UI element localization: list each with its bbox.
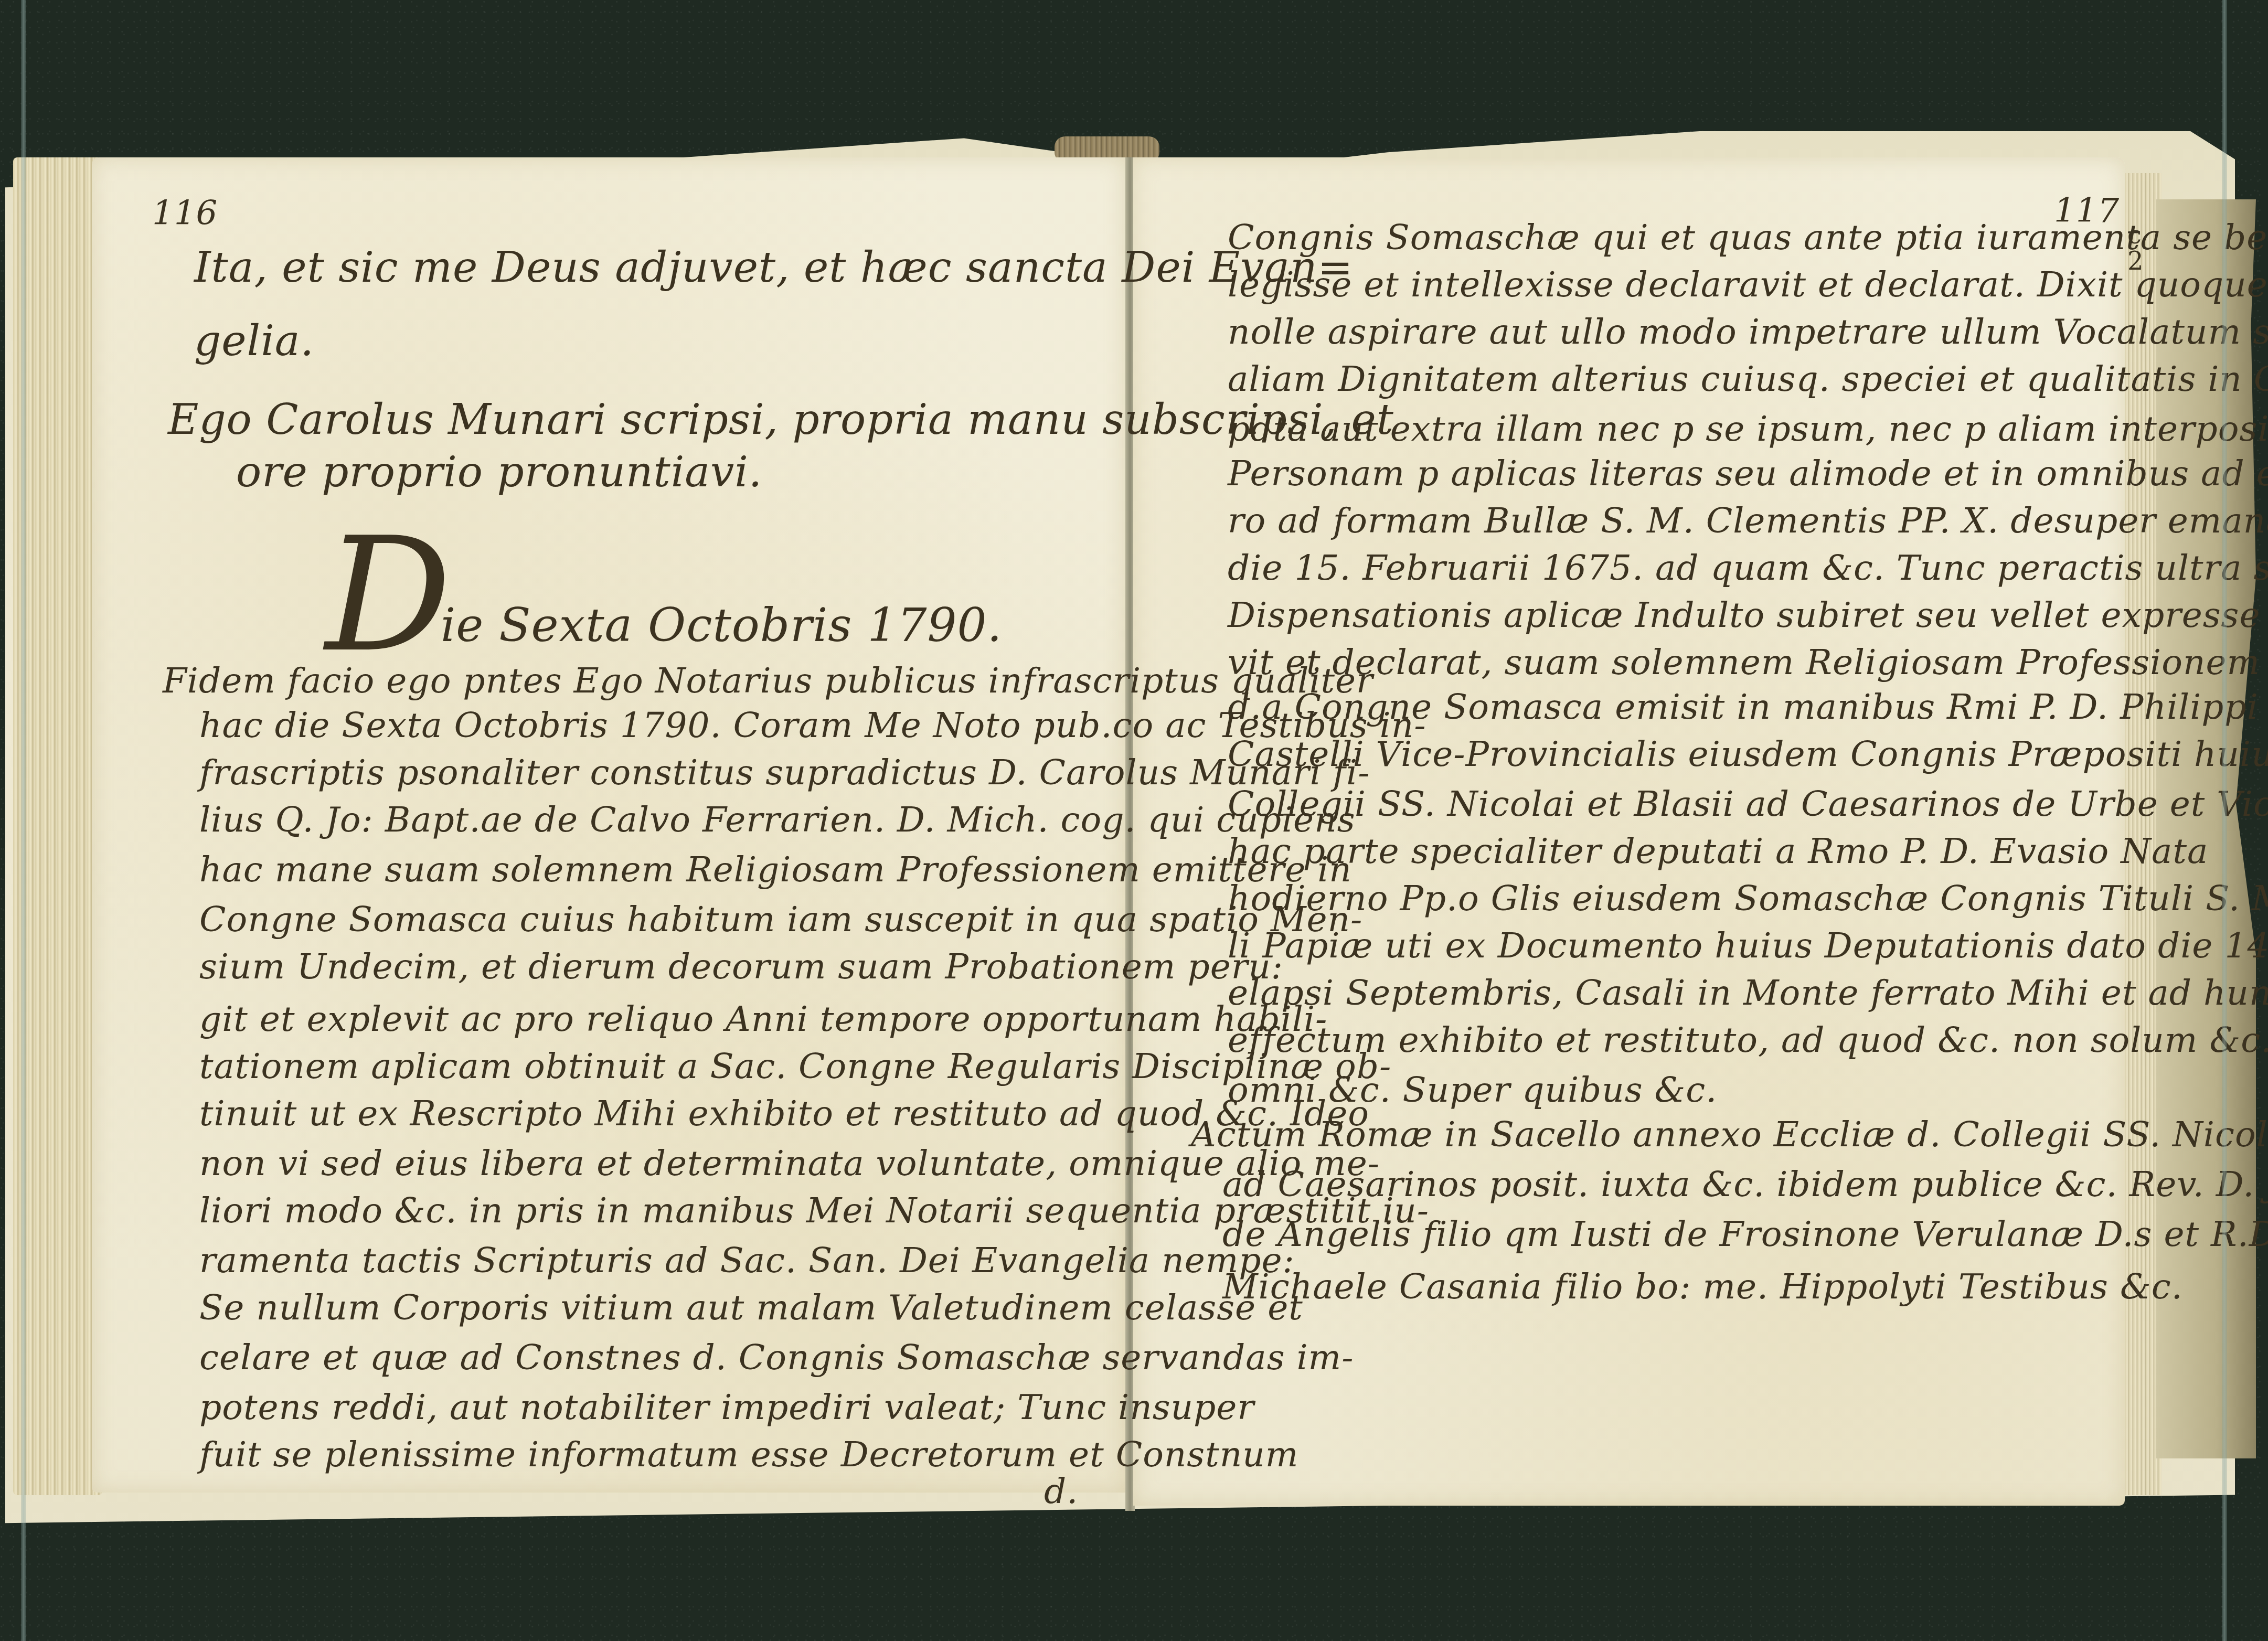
oath-closing-line-2: gelia. <box>194 320 314 362</box>
body-line: Dispensationis aplicæ Indulto subiret se… <box>1228 598 2268 633</box>
attestation-line: de Angelis filio qm Iusti de Frosinone V… <box>1222 1217 2268 1252</box>
date-heading-drop-cap: D <box>325 504 452 687</box>
oath-closing-line-1: Ita, et sic me Deus adjuvet, et hæc sanc… <box>194 247 1354 289</box>
body-line: hodierno Pp.o Glis eiusdem Somaschæ Cong… <box>1228 881 2268 916</box>
body-line: elapsi Septembris, Casali in Monte ferra… <box>1228 976 2268 1010</box>
body-line: die 15. Februarii 1675. ad quam &c. Tunc… <box>1228 551 2268 585</box>
body-line: Collegii SS. Nicolai et Blasii ad Caesar… <box>1228 787 2268 822</box>
body-line: nolle aspirare aut ullo modo impetrare u… <box>1228 315 2268 349</box>
body-line: d.a Congne Somasca emisit in manibus Rmi… <box>1228 690 2259 724</box>
body-line: Congne Somasca cuius habitum iam suscepi… <box>199 902 1362 937</box>
body-line: tationem aplicam obtinuit a Sac. Congne … <box>199 1049 1391 1084</box>
left-page-number: 116 <box>152 194 218 233</box>
body-line: d. <box>1044 1474 1078 1509</box>
body-line: Castelli Vice-Provincialis eiusdem Congn… <box>1228 737 2268 772</box>
open-manuscript-book: 116 Ita, et sic me Deus adjuvet, et hæc … <box>0 0 2268 1641</box>
body-line: celare et quæ ad Constnes d. Congnis Som… <box>199 1340 1354 1375</box>
glass-plate-edge-left <box>21 0 26 1641</box>
body-line: hac parte specialiter deputati a Rmo P. … <box>1228 834 2208 869</box>
body-line: pdta aut extra illam nec p se ipsum, nec… <box>1228 412 2268 446</box>
body-line: frascriptis psonaliter constitus supradi… <box>199 755 1370 790</box>
body-line: legisse et intellexisse declaravit et de… <box>1228 268 2268 302</box>
body-line: Personam p aplicas literas seu alimode e… <box>1228 456 2268 491</box>
body-line: omni &c. Super quibus &c. <box>1228 1073 1717 1107</box>
body-line: li Papiæ uti ex Documento huius Deputati… <box>1228 929 2268 963</box>
body-line: Se nullum Corporis vitium aut malam Vale… <box>199 1291 1303 1325</box>
body-line: effectum exhibito et restituto, ad quod … <box>1228 1023 2268 1058</box>
body-line: fuit se plenissime informatum esse Decre… <box>199 1437 1298 1472</box>
body-line: lius Q. Jo: Bapt.ae de Calvo Ferrarien. … <box>199 803 1356 837</box>
body-line: Congnis Somaschæ qui et quas ante ptia i… <box>1228 220 2268 255</box>
left-page-edges <box>13 157 102 1495</box>
body-line: ramenta tactis Scripturis ad Sac. San. D… <box>199 1243 1295 1278</box>
body-line: potens reddi, aut notabiliter impediri v… <box>199 1390 1254 1425</box>
date-heading: ie Sexta Octobris 1790. <box>441 598 1002 652</box>
body-line: ro ad formam Bullæ S. M. Clementis PP. X… <box>1228 504 2268 538</box>
glass-plate-edge-right <box>2222 0 2227 1641</box>
body-line: vit et declarat, suam solemnem Religiosa… <box>1228 645 2268 680</box>
body-line: aliam Dignitatem alterius cuiusq. specie… <box>1228 362 2268 397</box>
body-line: hac mane suam solemnem Religiosam Profes… <box>199 853 1352 887</box>
body-line: sium Undecim, et dierum decorum suam Pro… <box>199 950 1283 984</box>
attestation-line: Actum Romæ in Sacello annexo Eccliæ d. C… <box>1191 1117 2268 1152</box>
signature-line-2: ore proprio pronuntiavi. <box>236 451 762 493</box>
attestation-line: Michaele Casania filio bo: me. Hippolyti… <box>1222 1270 2183 1304</box>
signature-line-1: Ego Carolus Munari scripsi, propria manu… <box>168 399 1394 441</box>
body-line: Fidem facio ego pntes Ego Notarius publi… <box>163 664 1373 698</box>
attestation-line: ad Caesarinos posit. iuxta &c. ibidem pu… <box>1222 1167 2268 1202</box>
body-line: git et explevit ac pro reliquo Anni temp… <box>199 1002 1327 1037</box>
